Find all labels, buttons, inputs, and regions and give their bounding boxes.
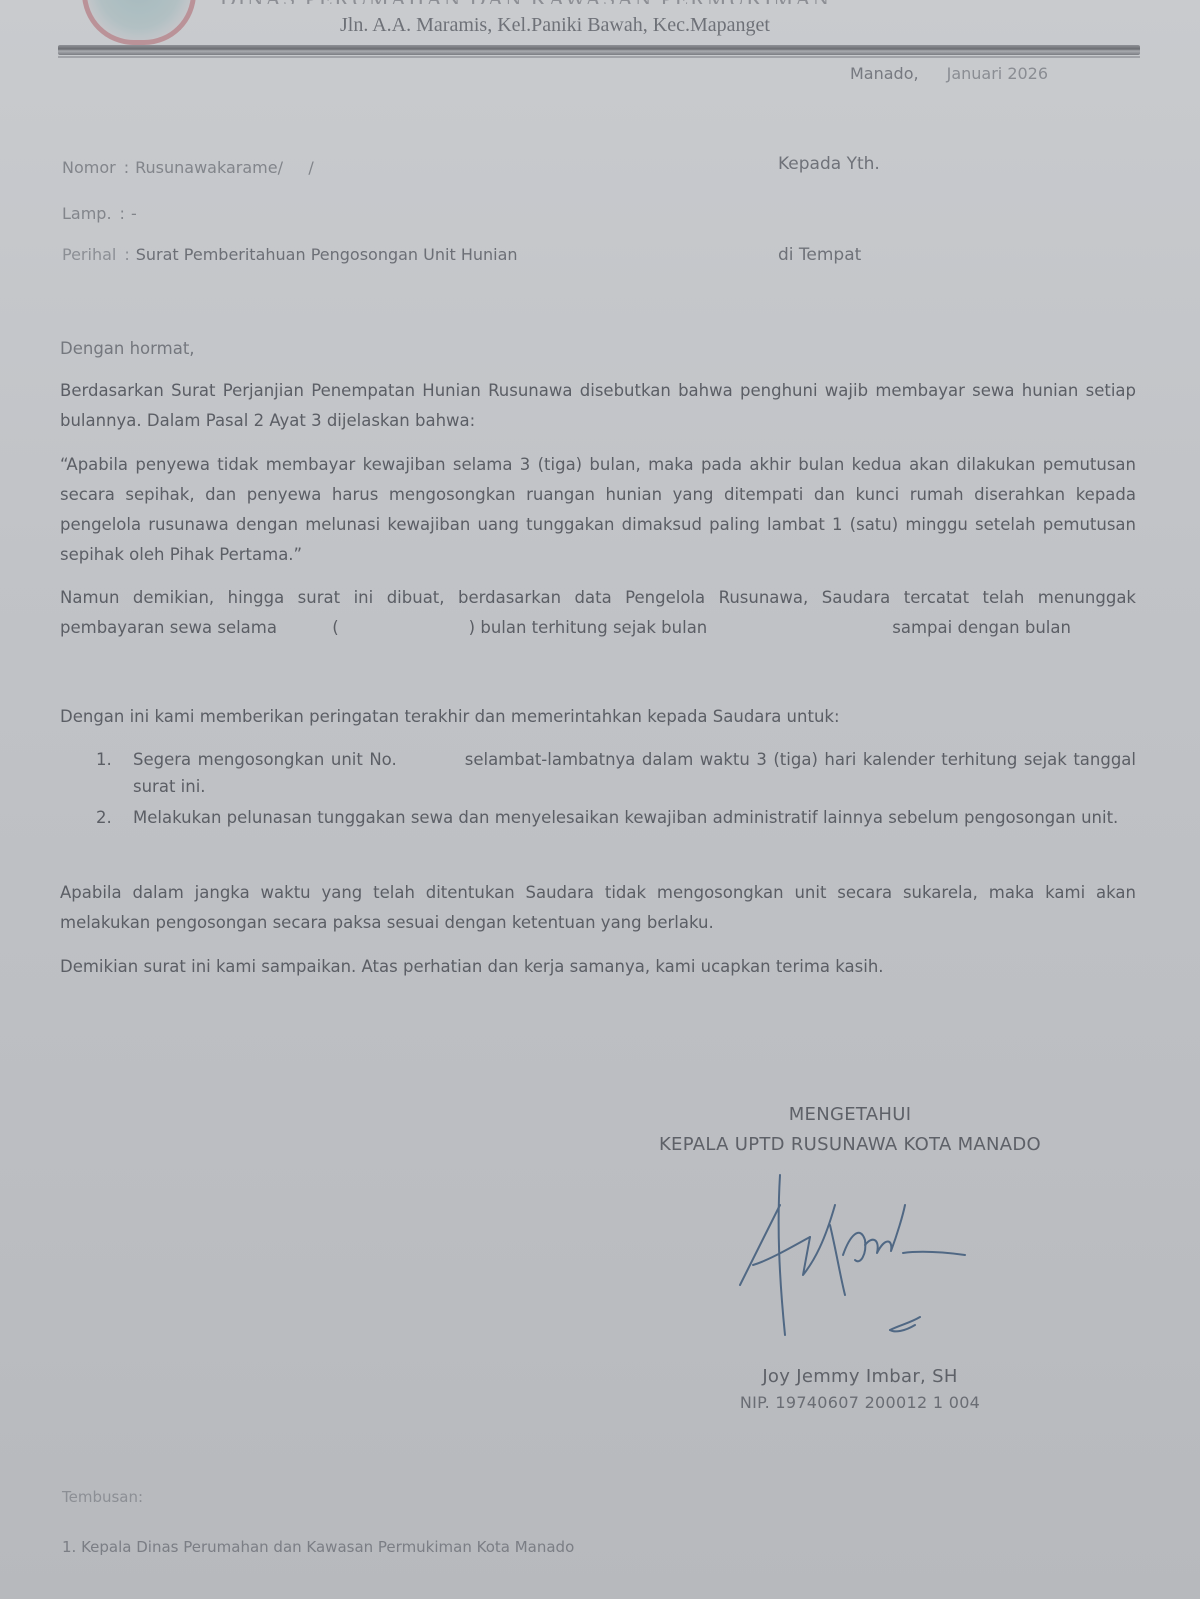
- list-item-text-a: Melakukan pelunasan tunggakan sewa dan m…: [133, 808, 1118, 827]
- paragraph-arrears: Namun demikian, hingga surat ini dibuat,…: [60, 583, 1136, 643]
- letterhead-divider-thin: [58, 56, 1140, 58]
- signatory-nip: NIP. 19740607 200012 1 004: [690, 1393, 1030, 1412]
- paragraph-closing: Demikian surat ini kami sampaikan. Atas …: [60, 952, 1136, 982]
- letterhead-institution: DINAS PERUMAHAN DAN KAWASAN PERMUKIMAN: [220, 0, 1140, 4]
- arrears-paren-open: (: [332, 618, 338, 637]
- instruction-list: 1. Segera mengosongkan unit No.selambat-…: [96, 746, 1136, 835]
- lampiran-value: -: [131, 204, 137, 223]
- field-perihal: Perihal:Surat Pemberitahuan Pengosongan …: [62, 245, 518, 264]
- nomor-value: Rusunawakarame/ /: [135, 158, 314, 177]
- arrears-text-d: sampai dengan bulan: [892, 618, 1071, 637]
- nomor-label: Nomor: [62, 158, 116, 177]
- recipient-line1: Kepada Yth.: [778, 154, 880, 174]
- letterhead-divider: [58, 45, 1140, 55]
- government-logo: [82, 0, 196, 45]
- list-item-number: 1.: [96, 746, 133, 800]
- date-month-year: Januari 2026: [947, 64, 1048, 83]
- arrears-text-c: ) bulan terhitung sejak bulan: [469, 618, 708, 637]
- paragraph-enforcement: Apabila dalam jangka waktu yang telah di…: [60, 878, 1136, 938]
- signature-acknowledge: MENGETAHUI: [640, 1104, 1060, 1125]
- list-item: 1. Segera mengosongkan unit No.selambat-…: [96, 746, 1136, 800]
- list-item: 2. Melakukan pelunasan tunggakan sewa da…: [96, 804, 1136, 831]
- field-lampiran: Lamp.:-: [62, 204, 137, 223]
- handwritten-signature: [725, 1165, 985, 1345]
- salutation: Dengan hormat,: [60, 334, 1136, 364]
- lampiran-label: Lamp.: [62, 204, 112, 223]
- tembusan-label: Tembusan:: [62, 1488, 143, 1506]
- date-place: Manado,: [850, 64, 919, 83]
- perihal-value: Surat Pemberitahuan Pengosongan Unit Hun…: [136, 245, 518, 264]
- perihal-label: Perihal: [62, 245, 116, 264]
- field-nomor: Nomor:Rusunawakarame/ /: [62, 158, 314, 177]
- letterhead-address: Jln. A.A. Maramis, Kel.Paniki Bawah, Kec…: [340, 14, 770, 37]
- recipient-line2: di Tempat: [778, 245, 861, 265]
- signatory-name: Joy Jemmy Imbar, SH: [700, 1366, 1020, 1387]
- tembusan-item: 1. Kepala Dinas Perumahan dan Kawasan Pe…: [62, 1538, 574, 1556]
- signature-title: KEPALA UPTD RUSUNAWA KOTA MANADO: [620, 1134, 1080, 1155]
- list-item-number: 2.: [96, 804, 133, 831]
- letter-date: Manado,Januari 2026: [850, 64, 1048, 83]
- paragraph-quote: “Apabila penyewa tidak membayar kewajiba…: [60, 450, 1136, 570]
- paragraph-warning: Dengan ini kami memberikan peringatan te…: [60, 702, 1136, 732]
- paragraph-basis: Berdasarkan Surat Perjanjian Penempatan …: [60, 376, 1136, 436]
- list-item-text-a: Segera mengosongkan unit No.: [133, 750, 397, 769]
